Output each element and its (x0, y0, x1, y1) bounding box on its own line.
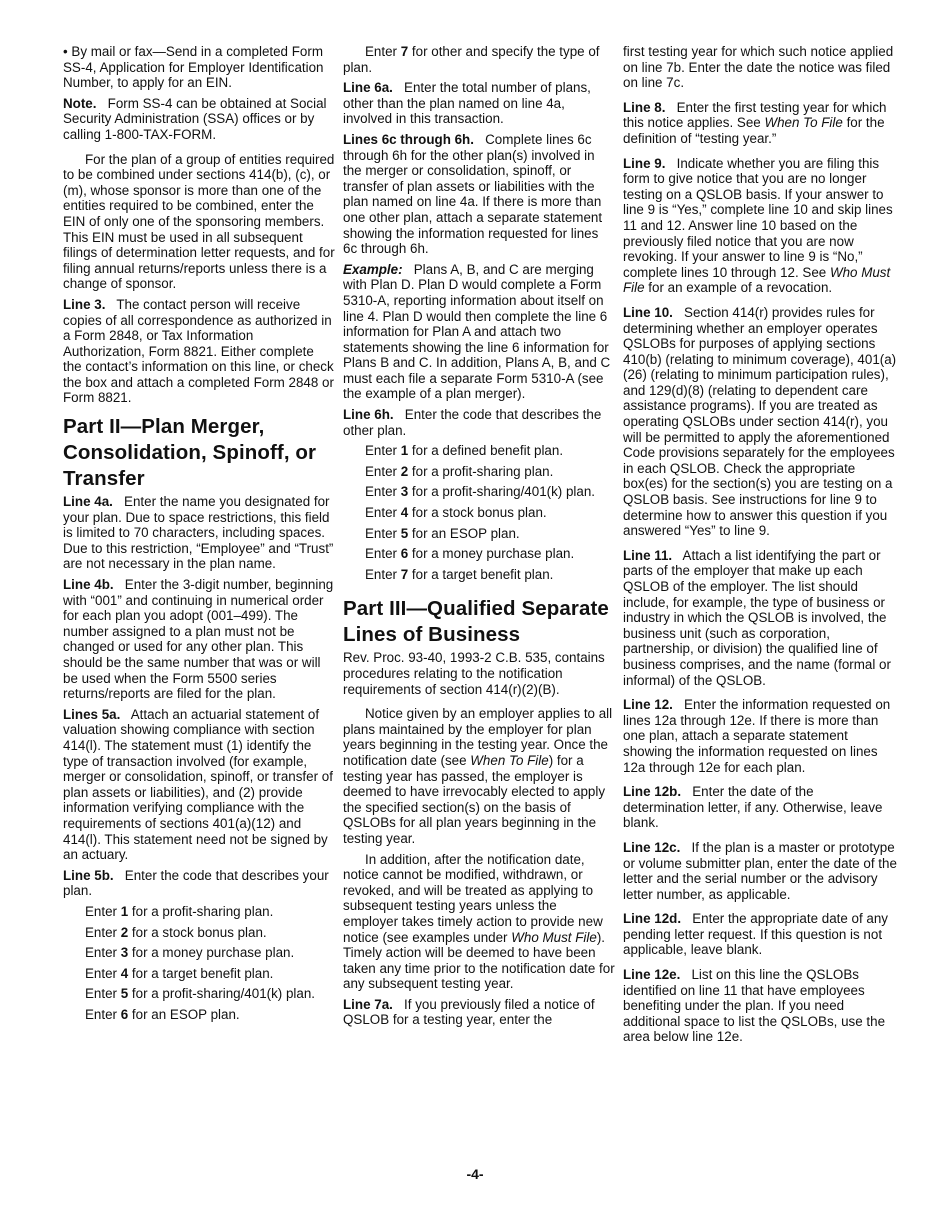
line12b-paragraph: Line 12b. Enter the date of the determin… (623, 784, 898, 831)
line5a-paragraph: Lines 5a. Attach an actuarial statement … (63, 707, 335, 863)
line9-paragraph: Line 9. Indicate whether you are filing … (623, 156, 898, 296)
line4b-paragraph: Line 4b. Enter the 3-digit number, begin… (63, 577, 335, 702)
line6h-code-3: Enter 3 for a profit-sharing/401(k) plan… (343, 484, 615, 500)
line5b-code-2: Enter 2 for a stock bonus plan. (63, 925, 335, 941)
line5b-paragraph: Line 5b. Enter the code that describes y… (63, 868, 335, 899)
line5b-code-1: Enter 1 for a profit-sharing plan. (63, 904, 335, 920)
column-1: • By mail or fax—Send in a completed For… (63, 44, 335, 1027)
line6h-code-6: Enter 6 for a money purchase plan. (343, 546, 615, 562)
line6h-code-7: Enter 7 for a target benefit plan. (343, 567, 615, 583)
line5b-code-3: Enter 3 for a money purchase plan. (63, 945, 335, 961)
line12e-paragraph: Line 12e. List on this line the QSLOBs i… (623, 967, 898, 1045)
part3-heading: Part III—Qualified Separate Lines of Bus… (343, 596, 615, 648)
line7a-paragraph: Line 7a. If you previously filed a notic… (343, 997, 615, 1028)
line6h-code-4: Enter 4 for a stock bonus plan. (343, 505, 615, 521)
addition-paragraph: In addition, after the notification date… (343, 852, 615, 992)
example-paragraph: Example: Plans A, B, and C are merging w… (343, 262, 615, 402)
line11-paragraph: Line 11. Attach a list identifying the p… (623, 548, 898, 688)
line4a-paragraph: Line 4a. Enter the name you designated f… (63, 494, 335, 572)
column-2: Enter 7 for other and specify the type o… (343, 44, 615, 1033)
page-number: -4- (0, 1166, 950, 1182)
line6a-paragraph: Line 6a. Enter the total number of plans… (343, 80, 615, 127)
line6c-paragraph: Lines 6c through 6h. Complete lines 6c t… (343, 132, 615, 257)
revproc-paragraph: Rev. Proc. 93-40, 1993-2 C.B. 535, conta… (343, 650, 615, 697)
notice-paragraph: Notice given by an employer applies to a… (343, 706, 615, 846)
line12c-paragraph: Line 12c. If the plan is a master or pro… (623, 840, 898, 902)
line12d-paragraph: Line 12d. Enter the appropriate date of … (623, 911, 898, 958)
line6h-code-5: Enter 5 for an ESOP plan. (343, 526, 615, 542)
line5b-code-7: Enter 7 for other and specify the type o… (343, 44, 615, 75)
line5b-code-6: Enter 6 for an ESOP plan. (63, 1007, 335, 1023)
line6h-code-1: Enter 1 for a defined benefit plan. (343, 443, 615, 459)
line12-paragraph: Line 12. Enter the information requested… (623, 697, 898, 775)
line6h-paragraph: Line 6h. Enter the code that describes t… (343, 407, 615, 438)
line10-paragraph: Line 10. Section 414(r) provides rules f… (623, 305, 898, 539)
line6h-code-2: Enter 2 for a profit-sharing plan. (343, 464, 615, 480)
part2-heading: Part II—Plan Merger, Consolidation, Spin… (63, 414, 335, 492)
line8-paragraph: Line 8. Enter the first testing year for… (623, 100, 898, 147)
line3-paragraph: Line 3. The contact person will receive … (63, 297, 335, 406)
note-paragraph: Note. Form SS-4 can be obtained at Socia… (63, 96, 335, 143)
column-3: first testing year for which such notice… (623, 44, 898, 1050)
group-entities-paragraph: For the plan of a group of entities requ… (63, 152, 335, 292)
line5b-code-4: Enter 4 for a target benefit plan. (63, 966, 335, 982)
line5b-code-5: Enter 5 for a profit-sharing/401(k) plan… (63, 986, 335, 1002)
line7a-continued: first testing year for which such notice… (623, 44, 898, 91)
bullet-mail-fax: • By mail or fax—Send in a completed For… (63, 44, 335, 91)
